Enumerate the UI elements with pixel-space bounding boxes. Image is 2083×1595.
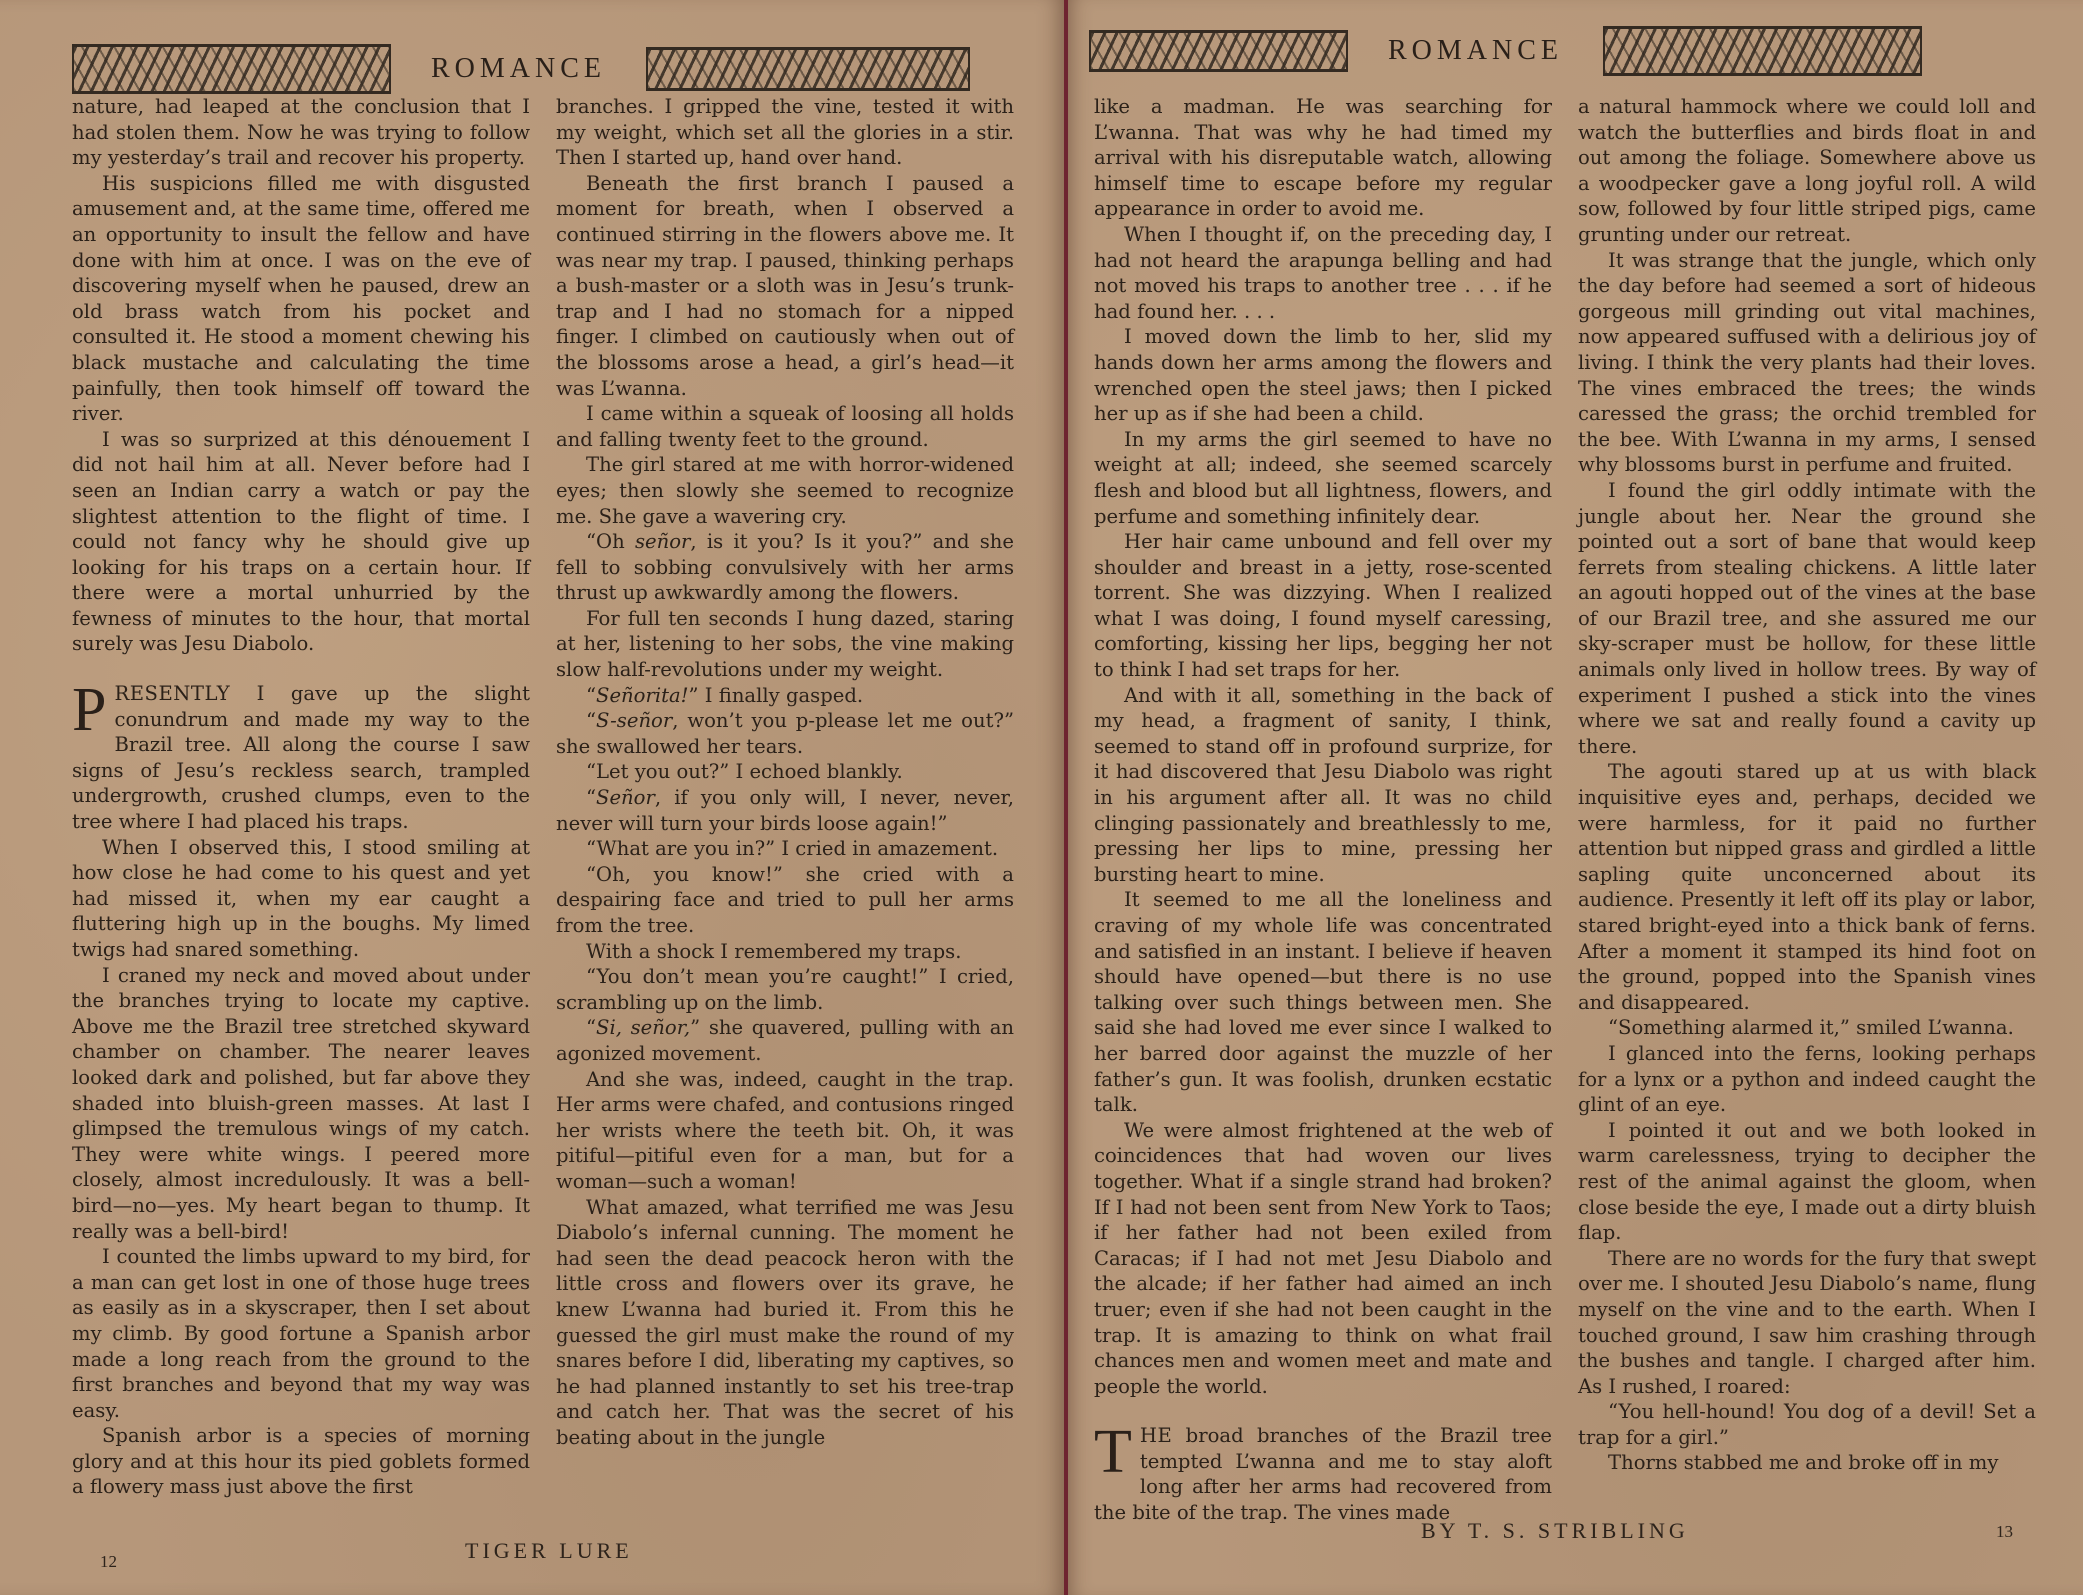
paragraph: “Something alarmed it,” smiled L’wanna.	[1578, 1015, 2036, 1041]
paragraph: I craned my neck and moved about under t…	[72, 963, 530, 1245]
paragraph: “Si, señor,” she quavered, pulling with …	[556, 1015, 1014, 1066]
paragraph: PRESENTLY I gave up the slight conundrum…	[72, 681, 530, 835]
paragraph: “S-señor, won’t you p-please let me out?…	[556, 708, 1014, 759]
page-number: 13	[1996, 1522, 2013, 1542]
paragraph: Her hair came unbound and fell over my s…	[1094, 529, 1552, 683]
story-title: TIGER LURE	[465, 1538, 633, 1564]
page-header-left: ROMANCE	[72, 44, 970, 94]
running-head: ROMANCE	[431, 53, 606, 85]
jungle-vignette-icon	[1603, 26, 1922, 76]
paragraph: For full ten seconds I hung dazed, stari…	[556, 606, 1014, 683]
column-right-1: like a madman. He was searching for L’wa…	[1094, 94, 1552, 1526]
text-columns: like a madman. He was searching for L’wa…	[1094, 94, 2036, 1526]
paragraph: I counted the limbs upward to my bird, f…	[72, 1244, 530, 1423]
italic-phrase: Si, señor,	[596, 1016, 690, 1039]
paragraph: like a madman. He was searching for L’wa…	[1094, 94, 1552, 222]
author-byline: BY T. S. STRIBLING	[1421, 1518, 1689, 1544]
jungle-vignette-icon	[646, 47, 970, 91]
drop-cap: P	[72, 685, 106, 735]
column-left-1: nature, had leaped at the conclusion tha…	[72, 94, 530, 1500]
paragraph: And with it all, something in the back o…	[1094, 683, 1552, 888]
paragraph: “You hell-hound! You dog of a devil! Set…	[1578, 1399, 2036, 1450]
drop-cap: T	[1094, 1427, 1132, 1477]
page-left: ROMANCE nature, had leaped at the conclu…	[0, 0, 1066, 1595]
paragraph: I glanced into the ferns, looking perhap…	[1578, 1041, 2036, 1118]
text-columns: nature, had leaped at the conclusion tha…	[72, 94, 1014, 1500]
italic-phrase: Señor	[596, 786, 655, 809]
paragraph: “You don’t mean you’re caught!” I cried,…	[556, 964, 1014, 1015]
paragraph: branches. I gripped the vine, tested it …	[556, 94, 1014, 171]
paragraph: “What are you in?” I cried in amazement.	[556, 836, 1014, 862]
paragraph: I was so surprized at this dénouement I …	[72, 427, 530, 657]
italic-phrase: señor	[635, 530, 690, 553]
page-right: ROMANCE like a madman. He was searching …	[1066, 0, 2083, 1595]
paragraph: There are no words for the fury that swe…	[1578, 1246, 2036, 1400]
running-head: ROMANCE	[1388, 35, 1563, 67]
paragraph: “Let you out?” I echoed blankly.	[556, 759, 1014, 785]
column-left-2: branches. I gripped the vine, tested it …	[556, 94, 1014, 1500]
paragraph: Spanish arbor is a species of morning gl…	[72, 1423, 530, 1500]
paragraph: The agouti stared up at us with black in…	[1578, 759, 2036, 1015]
paragraph: Thorns stabbed me and broke off in my	[1578, 1450, 2036, 1476]
paragraph: What amazed, what terrified me was Jesu …	[556, 1195, 1014, 1451]
lead-in: HE	[1140, 1424, 1172, 1447]
paragraph: I moved down the limb to her, slid my ha…	[1094, 324, 1552, 426]
jungle-vignette-icon	[72, 44, 391, 94]
jungle-vignette-icon	[1089, 30, 1348, 72]
column-right-2: a natural hammock where we could loll an…	[1578, 94, 2036, 1526]
paragraph: nature, had leaped at the conclusion tha…	[72, 94, 530, 171]
paragraph: “Señor, if you only will, I never, never…	[556, 785, 1014, 836]
paragraph: The girl stared at me with horror-widene…	[556, 452, 1014, 529]
paragraph: I pointed it out and we both looked in w…	[1578, 1118, 2036, 1246]
paragraph: I came within a squeak of loosing all ho…	[556, 401, 1014, 452]
paragraph: With a shock I remembered my traps.	[556, 939, 1014, 965]
paragraph: It was strange that the jungle, which on…	[1578, 248, 2036, 478]
lead-in: RESENTLY	[114, 682, 230, 705]
paragraph: THE broad branches of the Brazil tree te…	[1094, 1423, 1552, 1525]
binding-spine	[1064, 0, 1068, 1595]
italic-phrase: Señorita!	[596, 684, 689, 707]
page-number: 12	[100, 1552, 117, 1572]
paragraph: When I thought if, on the preceding day,…	[1094, 222, 1552, 324]
paragraph: I found the girl oddly intimate with the…	[1578, 478, 2036, 760]
paragraph: His suspicions filled me with disgusted …	[72, 171, 530, 427]
paragraph: We were almost frightened at the web of …	[1094, 1118, 1552, 1400]
paragraph: Beneath the first branch I paused a mome…	[556, 171, 1014, 401]
paragraph: In my arms the girl seemed to have no we…	[1094, 427, 1552, 529]
paragraph: When I observed this, I stood smiling at…	[72, 835, 530, 963]
paragraph: a natural hammock where we could loll an…	[1578, 94, 2036, 248]
italic-phrase: S-señor	[596, 709, 672, 732]
paragraph: It seemed to me all the loneliness and c…	[1094, 887, 1552, 1117]
paragraph: “Oh señor, is it you? Is it you?” and sh…	[556, 529, 1014, 606]
paragraph: And she was, indeed, caught in the trap.…	[556, 1067, 1014, 1195]
paragraph: “Oh, you know!” she cried with a despair…	[556, 862, 1014, 939]
paragraph: “Señorita!” I finally gasped.	[556, 683, 1014, 709]
page-header-right: ROMANCE	[1089, 26, 1922, 76]
magazine-spread: ROMANCE nature, had leaped at the conclu…	[0, 0, 2083, 1595]
